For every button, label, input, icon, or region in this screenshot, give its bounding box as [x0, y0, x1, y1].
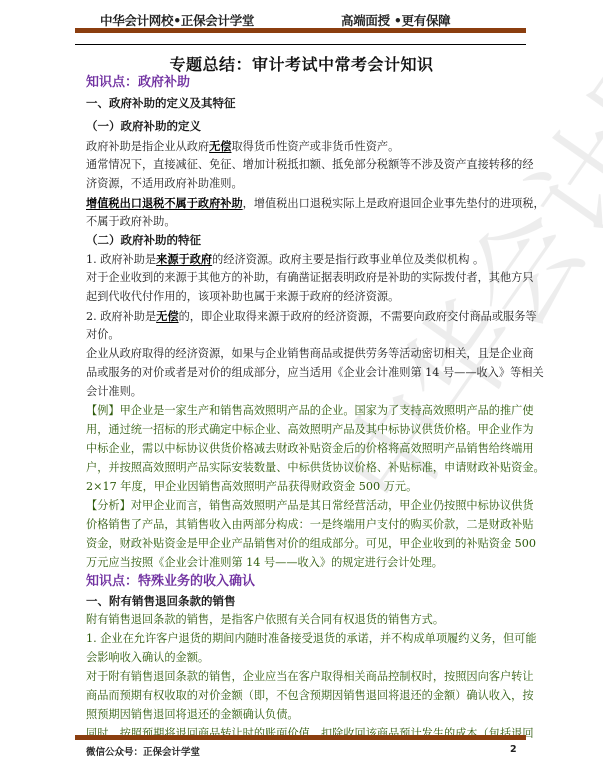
text-span: 取得货币性资产或非货币性资产。 [231, 140, 399, 153]
text-line: 万元应当按照《企业会计准则第 14 号——收入》的规定进行会计处理。 [86, 556, 443, 570]
underlined-emphasis: 无偿 [156, 309, 178, 323]
text-line: 政府补助是指企业从政府无偿取得货币性资产或非货币性资产。 [86, 139, 399, 154]
page-title: 专题总结：审计考试中常考会计知识 [0, 52, 603, 75]
header-rule [75, 28, 526, 33]
knowledge-point-heading: 知识点：特殊业务的收入确认 [86, 575, 255, 589]
knowledge-point-heading: 知识点：政府补助 [86, 76, 190, 90]
text-span: ，增值税出口退税实际上是政府退回企业事先垫付的进项税， [243, 197, 545, 210]
underlined-emphasis: 来源于政府 [156, 252, 212, 266]
text-line: 户，并按照高效照明产品实际安装数量、中标供货协议价格、补贴标准，申请财政补贴资金… [86, 461, 545, 475]
text-line: 增值税出口退税不属于政府补助，增值税出口退税实际上是政府退回企业事先垫付的进项税… [86, 196, 545, 211]
text-line: 1. 政府补助是来源于政府的经济资源。政府主要是指行政事业单位及类似机构 。 [86, 252, 484, 267]
text-line: 品或服务的对价或者是对价的组成部分，应当适用《企业会计准则第 14 号——收入》… [86, 366, 544, 380]
subsection-heading: （一）政府补助的定义 [86, 119, 201, 133]
text-line: 附有销售退回条款的销售，是指客户依照有关合同有权退货的销售方式。 [86, 613, 444, 627]
text-line: 对价。 [86, 328, 120, 342]
text-line: 济资源，不适用政府补助准则。 [86, 177, 243, 191]
page-number: 2 [510, 744, 517, 755]
text-span: 政府补助是指企业从政府 [86, 140, 209, 153]
header-right-text: 高端面授 •更有保障 [341, 11, 450, 29]
text-line: 2. 政府补助是无偿的，即企业取得来源于政府的经济资源，不需要向政府交付商品或服… [86, 309, 537, 324]
text-line: 1. 企业在允许客户退货的期间内随时准备接受退货的承诺，并不构成单项履约义务，但… [86, 632, 537, 646]
text-line: 对于附有销售退回条款的销售，企业应当在客户取得相关商品控制权时，按照因向客户转让 [86, 670, 534, 684]
text-line: 商品而预期有权收取的对价金额（即，不包含预期因销售退回将退还的金额）确认收入，按 [86, 689, 534, 703]
text-span: 2. 政府补助是 [86, 310, 156, 323]
section-heading: 一、政府补助的定义及其特征 [86, 96, 236, 110]
text-line: 企业从政府取得的经济资源，如果与企业销售商品或提供劳务等活动密切相关，且是企业商 [86, 347, 534, 361]
text-line: 不属于政府补助。 [86, 215, 176, 229]
text-line: 照预期因销售退回将退还的金额确认负债。 [86, 708, 299, 722]
text-line: 对于企业收到的来源于其他方的补助，有确凿证据表明政府是补助的实际拨付者，其他方只 [86, 271, 534, 285]
document-page: 中华会计网校 中华会计网校•正保会计学堂 高端面授 •更有保障 专题总结：审计考… [0, 0, 603, 773]
text-span: 的，即企业取得来源于政府的经济资源，不需要向政府交付商品或服务等 [179, 310, 537, 323]
header-left-text: 中华会计网校•正保会计学堂 [100, 11, 254, 29]
text-line: 通常情况下，直接减征、免征、增加计税抵扣额、抵免部分税额等不涉及资产直接转移的经 [86, 158, 534, 172]
text-line: 2×17 年度，甲企业因销售高效照明产品获得财政资金 500 万元。 [86, 480, 417, 494]
text-line: 会影响收入确认的金额。 [86, 651, 209, 665]
text-span: 的经济资源。政府主要是指行政事业单位及类似机构 。 [212, 253, 484, 266]
footer-rule [75, 735, 526, 740]
text-line: 价格销售了产品，其销售收入由两部分构成：一是终端用户支付的购买价款，二是财政补贴 [86, 518, 534, 532]
section-heading: 一、附有销售退回条款的销售 [86, 594, 236, 608]
header-divider [75, 44, 526, 45]
text-span: 1. 政府补助是 [86, 253, 156, 266]
text-line: 用，通过统一招标的形式确定中标企业、高效照明产品及其中标协议供货价格。甲企业作为 [86, 423, 534, 437]
footer-left-text: 微信公众号：正保会计学堂 [86, 744, 200, 758]
subsection-heading: （二）政府补助的特征 [86, 233, 201, 247]
text-line: 会计准则。 [86, 385, 142, 399]
text-line: 中标企业，需以中标协议供货价格减去财政补贴资金后的价格将高效照明产品销售给终端用 [86, 442, 534, 456]
text-line: 资金，财政补贴资金是甲企业产品销售对价的组成部分。可见，甲企业收到的补贴资金 5… [86, 537, 536, 551]
text-line: 【分析】对甲企业而言，销售高效照明产品是其日常经营活动，甲企业仍按照中标协议供货 [86, 499, 534, 513]
text-line: 起到代收代付作用的，该项补助也属于来源于政府的经济资源。 [86, 290, 399, 304]
underlined-emphasis: 无偿 [209, 139, 231, 153]
underlined-emphasis: 增值税出口退税不属于政府补助 [86, 196, 243, 210]
text-line: 【例】甲企业是一家生产和销售高效照明产品的企业。国家为了支持高效照明产品的推广使 [86, 404, 534, 418]
